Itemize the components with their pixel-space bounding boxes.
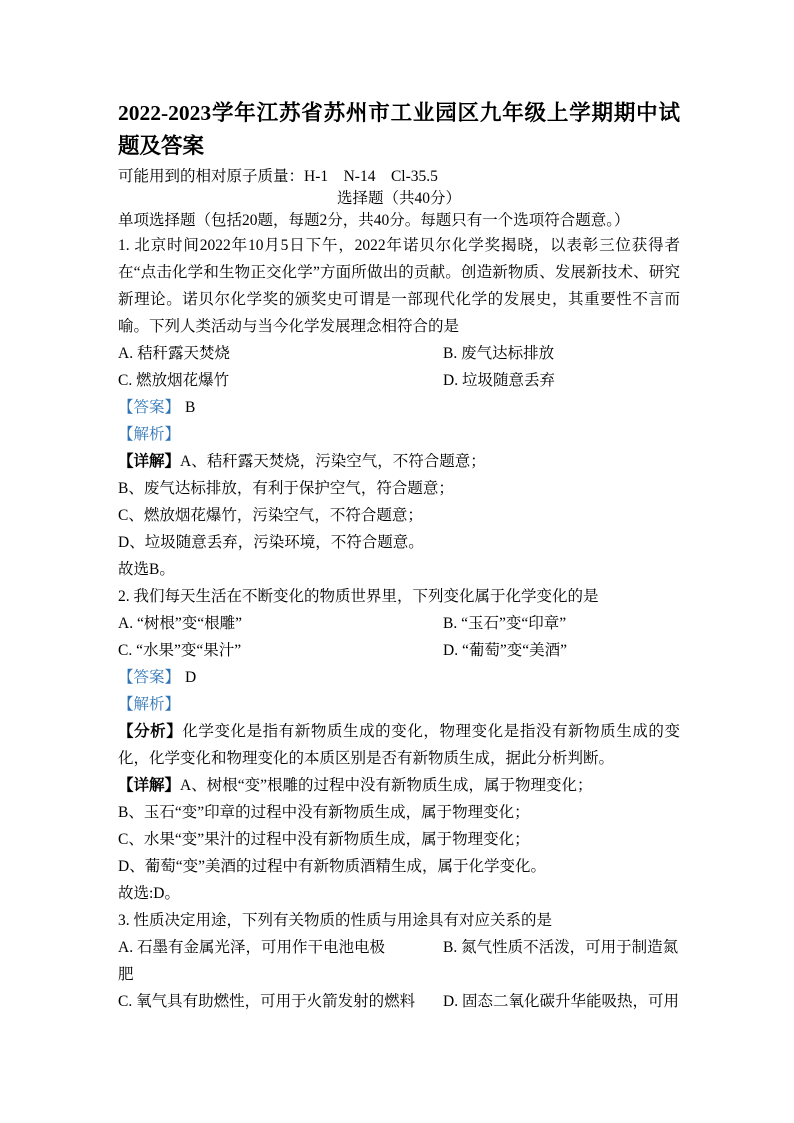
question-1-explain-a: 【详解】A、秸秆露天焚烧，污染空气，不符合题意； [118, 448, 680, 475]
question-2-answer-line: 【答案】D [118, 664, 680, 691]
question-2-option-a: A. “树根”变“根雕” [118, 615, 242, 632]
question-2-explain-c: C、水果“变”果汁的过程中没有新物质生成，属于物理变化； [118, 826, 680, 853]
instructions: 单项选择题（包括20题，每题2分，共40分。每题只有一个选项符合题意。） [118, 210, 680, 232]
analysis-label: 【解析】 [118, 426, 180, 443]
question-2-conclusion: 故选:D。 [118, 880, 680, 907]
question-2-explain-b: B、玉石“变”印章的过程中没有新物质生成，属于物理变化； [118, 799, 680, 826]
question-2-option-c: C. “水果”变“果汁” [118, 642, 241, 659]
explain-label: 【详解】 [118, 453, 180, 470]
question-1-answer-line: 【答案】B [118, 394, 680, 421]
question-3-option-d: D. 固态二氧化碳升华能吸热，可用 [443, 988, 679, 1015]
question-3-option-b-wrap: 肥 [118, 961, 680, 988]
question-1-conclusion: 故选B。 [118, 556, 680, 583]
question-2-options-cd: C. “水果”变“果汁” D. “葡萄”变“美酒” [118, 637, 680, 664]
analysis-label: 【解析】 [118, 696, 180, 713]
exam-document-page: 2022-2023学年江苏省苏州市工业园区九年级上学期期中试题及答案 可能用到的… [0, 0, 794, 1123]
question-2-answer-letter: D [185, 669, 196, 686]
question-2-option-b: B. “玉石”变“印章” [443, 610, 566, 637]
question-1-option-c: C. 燃放烟花爆竹 [118, 372, 229, 389]
section-header: 选择题（共40分） [118, 188, 680, 210]
question-1-explain-c: C、燃放烟花爆竹，污染空气，不符合题意； [118, 502, 680, 529]
page-content: 2022-2023学年江苏省苏州市工业园区九年级上学期期中试题及答案 可能用到的… [118, 97, 680, 1015]
question-2-explain-a: 【详解】A、树根“变”根雕的过程中没有新物质生成，属于物理变化； [118, 772, 680, 799]
question-1-option-d: D. 垃圾随意丢弃 [443, 367, 555, 394]
question-1-options-cd: C. 燃放烟花爆竹 D. 垃圾随意丢弃 [118, 367, 680, 394]
question-2-options-ab: A. “树根”变“根雕” B. “玉石”变“印章” [118, 610, 680, 637]
question-3-option-a: A. 石墨有金属光泽，可用作干电池电极 [118, 939, 385, 956]
question-2-summary: 【分析】化学变化是指有新物质生成的变化，物理变化是指没有新物质生成的变化，化学变… [118, 718, 680, 772]
question-2-analysis-line: 【解析】 [118, 691, 680, 718]
summary-label: 【分析】 [118, 723, 182, 740]
question-2-option-d: D. “葡萄”变“美酒” [443, 637, 567, 664]
question-2-explain-d: D、葡萄“变”美酒的过程中有新物质酒精生成，属于化学变化。 [118, 853, 680, 880]
question-3-options-cd: C. 氧气具有助燃性，可用于火箭发射的燃料 D. 固态二氧化碳升华能吸热，可用 [118, 988, 680, 1015]
question-1-option-b: B. 废气达标排放 [443, 340, 554, 367]
question-3-stem: 3. 性质决定用途，下列有关物质的性质与用途具有对应关系的是 [118, 907, 680, 934]
answer-label: 【答案】 [118, 669, 180, 686]
question-2-explain-a-text: A、树根“变”根雕的过程中没有新物质生成，属于物理变化； [180, 777, 592, 794]
question-3-option-b: B. 氮气性质不活泼，可用于制造氮 [443, 934, 678, 961]
question-3-option-c: C. 氧气具有助燃性，可用于火箭发射的燃料 [118, 993, 415, 1010]
question-1-explain-d: D、垃圾随意丢弃，污染环境，不符合题意。 [118, 529, 680, 556]
question-1-answer-letter: B [185, 399, 195, 416]
question-1-stem: 1. 北京时间2022年10月5日下午，2022年诺贝尔化学奖揭晓，以表彰三位获… [118, 232, 680, 340]
question-3-options-ab: A. 石墨有金属光泽，可用作干电池电极 B. 氮气性质不活泼，可用于制造氮 [118, 934, 680, 961]
question-1-explain-b: B、废气达标排放，有利于保护空气，符合题意； [118, 475, 680, 502]
page-title: 2022-2023学年江苏省苏州市工业园区九年级上学期期中试题及答案 [118, 97, 680, 163]
answer-label: 【答案】 [118, 399, 180, 416]
question-1-analysis-line: 【解析】 [118, 421, 680, 448]
question-1-options-ab: A. 秸秆露天焚烧 B. 废气达标排放 [118, 340, 680, 367]
question-1-explain-a-text: A、秸秆露天焚烧，污染空气，不符合题意； [180, 453, 486, 470]
atomic-mass-note: 可能用到的相对原子质量：H-1 N-14 Cl-35.5 [118, 166, 680, 188]
question-2-summary-text: 化学变化是指有新物质生成的变化，物理变化是指没有新物质生成的变化，化学变化和物理… [118, 723, 680, 767]
question-2-stem: 2. 我们每天生活在不断变化的物质世界里，下列变化属于化学变化的是 [118, 583, 680, 610]
question-1-option-a: A. 秸秆露天焚烧 [118, 345, 230, 362]
explain-label: 【详解】 [118, 777, 180, 794]
